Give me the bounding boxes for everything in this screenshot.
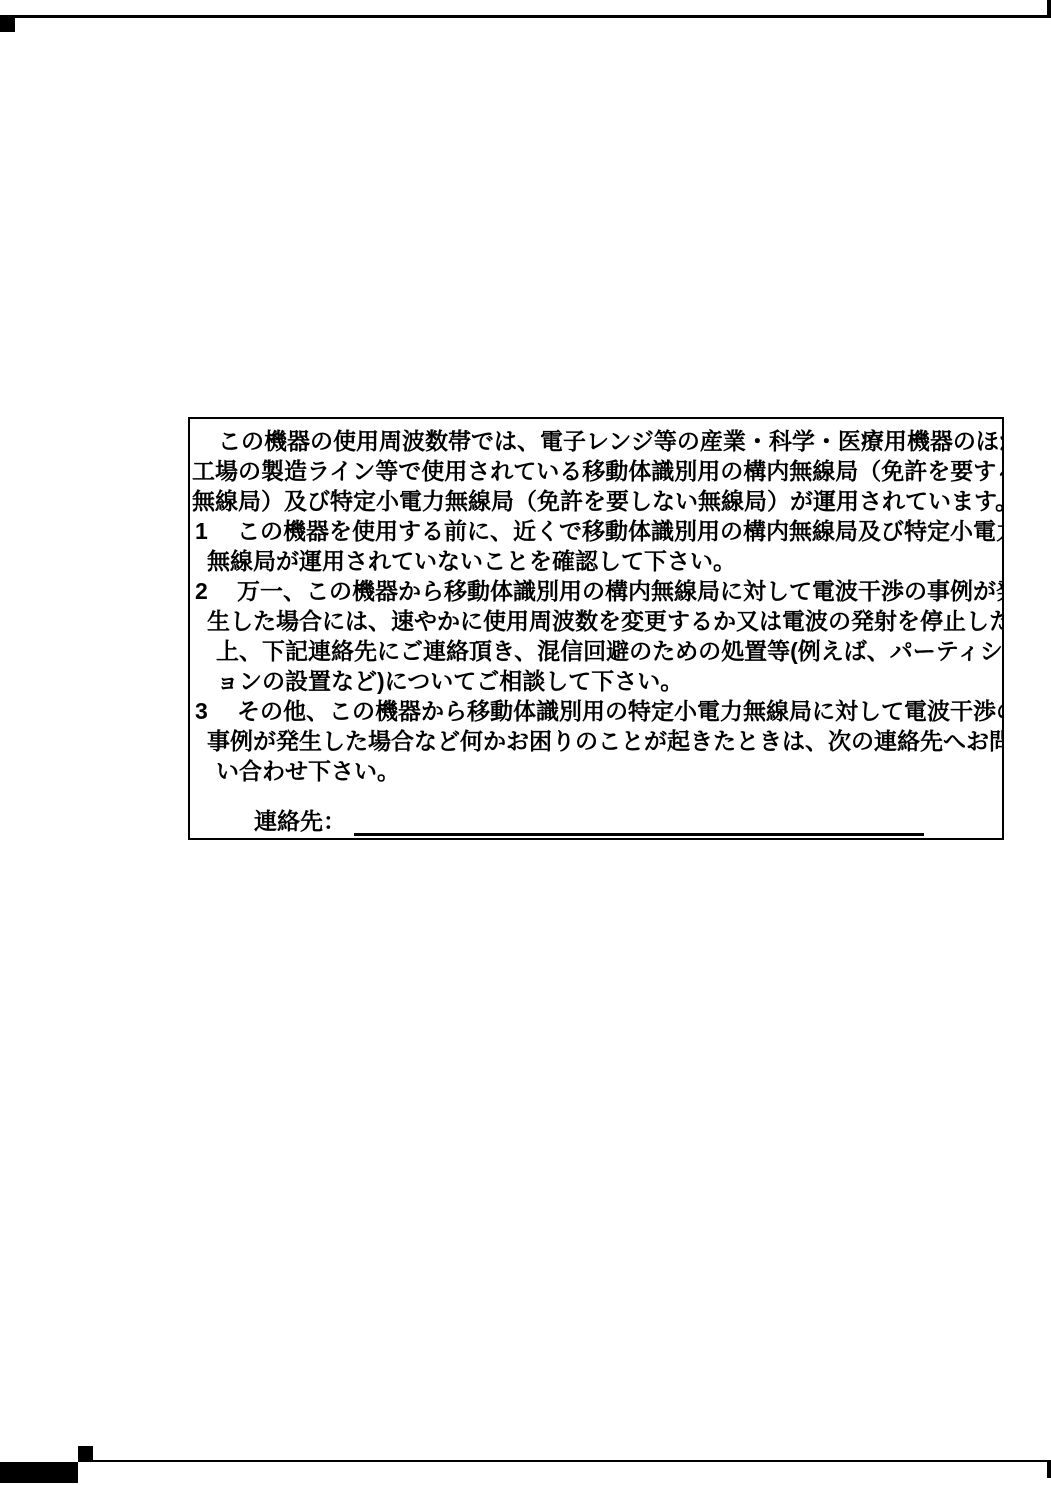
notice-item-3-line: 事例が発生した場合など何かお困りのことが起きたときは、次の連絡先へお問 xyxy=(192,726,1000,756)
contact-label: 連絡先： xyxy=(254,806,346,836)
bottom-right-corner-tick xyxy=(1047,1460,1051,1478)
bottom-edge-rule xyxy=(78,1460,1051,1462)
notice-item-1-first-line: 1 この機器を使用する前に、近くで移動体識別用の構内無線局及び特定小電力 xyxy=(192,516,1000,546)
notice-intro-line: この機器の使用周波数帯では、電子レンジ等の産業・科学・医療用機器のほか xyxy=(192,426,1000,456)
notice-item-number: 3 xyxy=(192,696,237,726)
contact-row: 連絡先： xyxy=(192,806,1000,836)
notice-item-number: 2 xyxy=(192,576,237,606)
notice-item-text: その他、この機器から移動体識別用の特定小電力無線局に対して電波干渉の xyxy=(237,696,1004,726)
bottom-registration-square xyxy=(78,1446,93,1460)
contact-blank-line xyxy=(354,806,924,836)
notice-item-2-line: 生した場合には、速やかに使用周波数を変更するか又は電波の発射を停止した xyxy=(192,606,1000,636)
notice-item-text: この機器を使用する前に、近くで移動体識別用の構内無線局及び特定小電力 xyxy=(237,516,1004,546)
top-left-registration-square xyxy=(0,17,15,32)
notice-item-2-first-line: 2 万一、この機器から移動体識別用の構内無線局に対して電波干渉の事例が発 xyxy=(192,576,1000,606)
notice-item-3-first-line: 3 その他、この機器から移動体識別用の特定小電力無線局に対して電波干渉の xyxy=(192,696,1000,726)
notice-item-2-line: ョンの設置など)についてご相談して下さい。 xyxy=(192,666,1000,696)
notice-item-3-line: い合わせ下さい。 xyxy=(192,756,1000,786)
notice-item-2-line: 上、下記連絡先にご連絡頂き、混信回避のための処置等(例えば、パーティシ xyxy=(192,636,1000,666)
notice-item-text: 万一、この機器から移動体識別用の構内無線局に対して電波干渉の事例が発 xyxy=(237,576,1004,606)
notice-item-1-line: 無線局が運用されていないことを確認して下さい。 xyxy=(192,546,1000,576)
notice-intro-line: 工場の製造ライン等で使用されている移動体識別用の構内無線局（免許を要する xyxy=(192,456,1000,486)
top-edge-rule xyxy=(0,15,1051,18)
notice-item-number: 1 xyxy=(192,516,237,546)
rf-interference-notice-box: この機器の使用周波数帯では、電子レンジ等の産業・科学・医療用機器のほか 工場の製… xyxy=(188,417,1004,840)
notice-intro-line: 無線局）及び特定小電力無線局（免許を要しない無線局）が運用されています。 xyxy=(192,486,1000,516)
document-page: この機器の使用周波数帯では、電子レンジ等の産業・科学・医療用機器のほか 工場の製… xyxy=(0,0,1051,1485)
bottom-left-footer-block xyxy=(0,1462,78,1483)
top-right-corner-bar xyxy=(1047,0,1051,18)
